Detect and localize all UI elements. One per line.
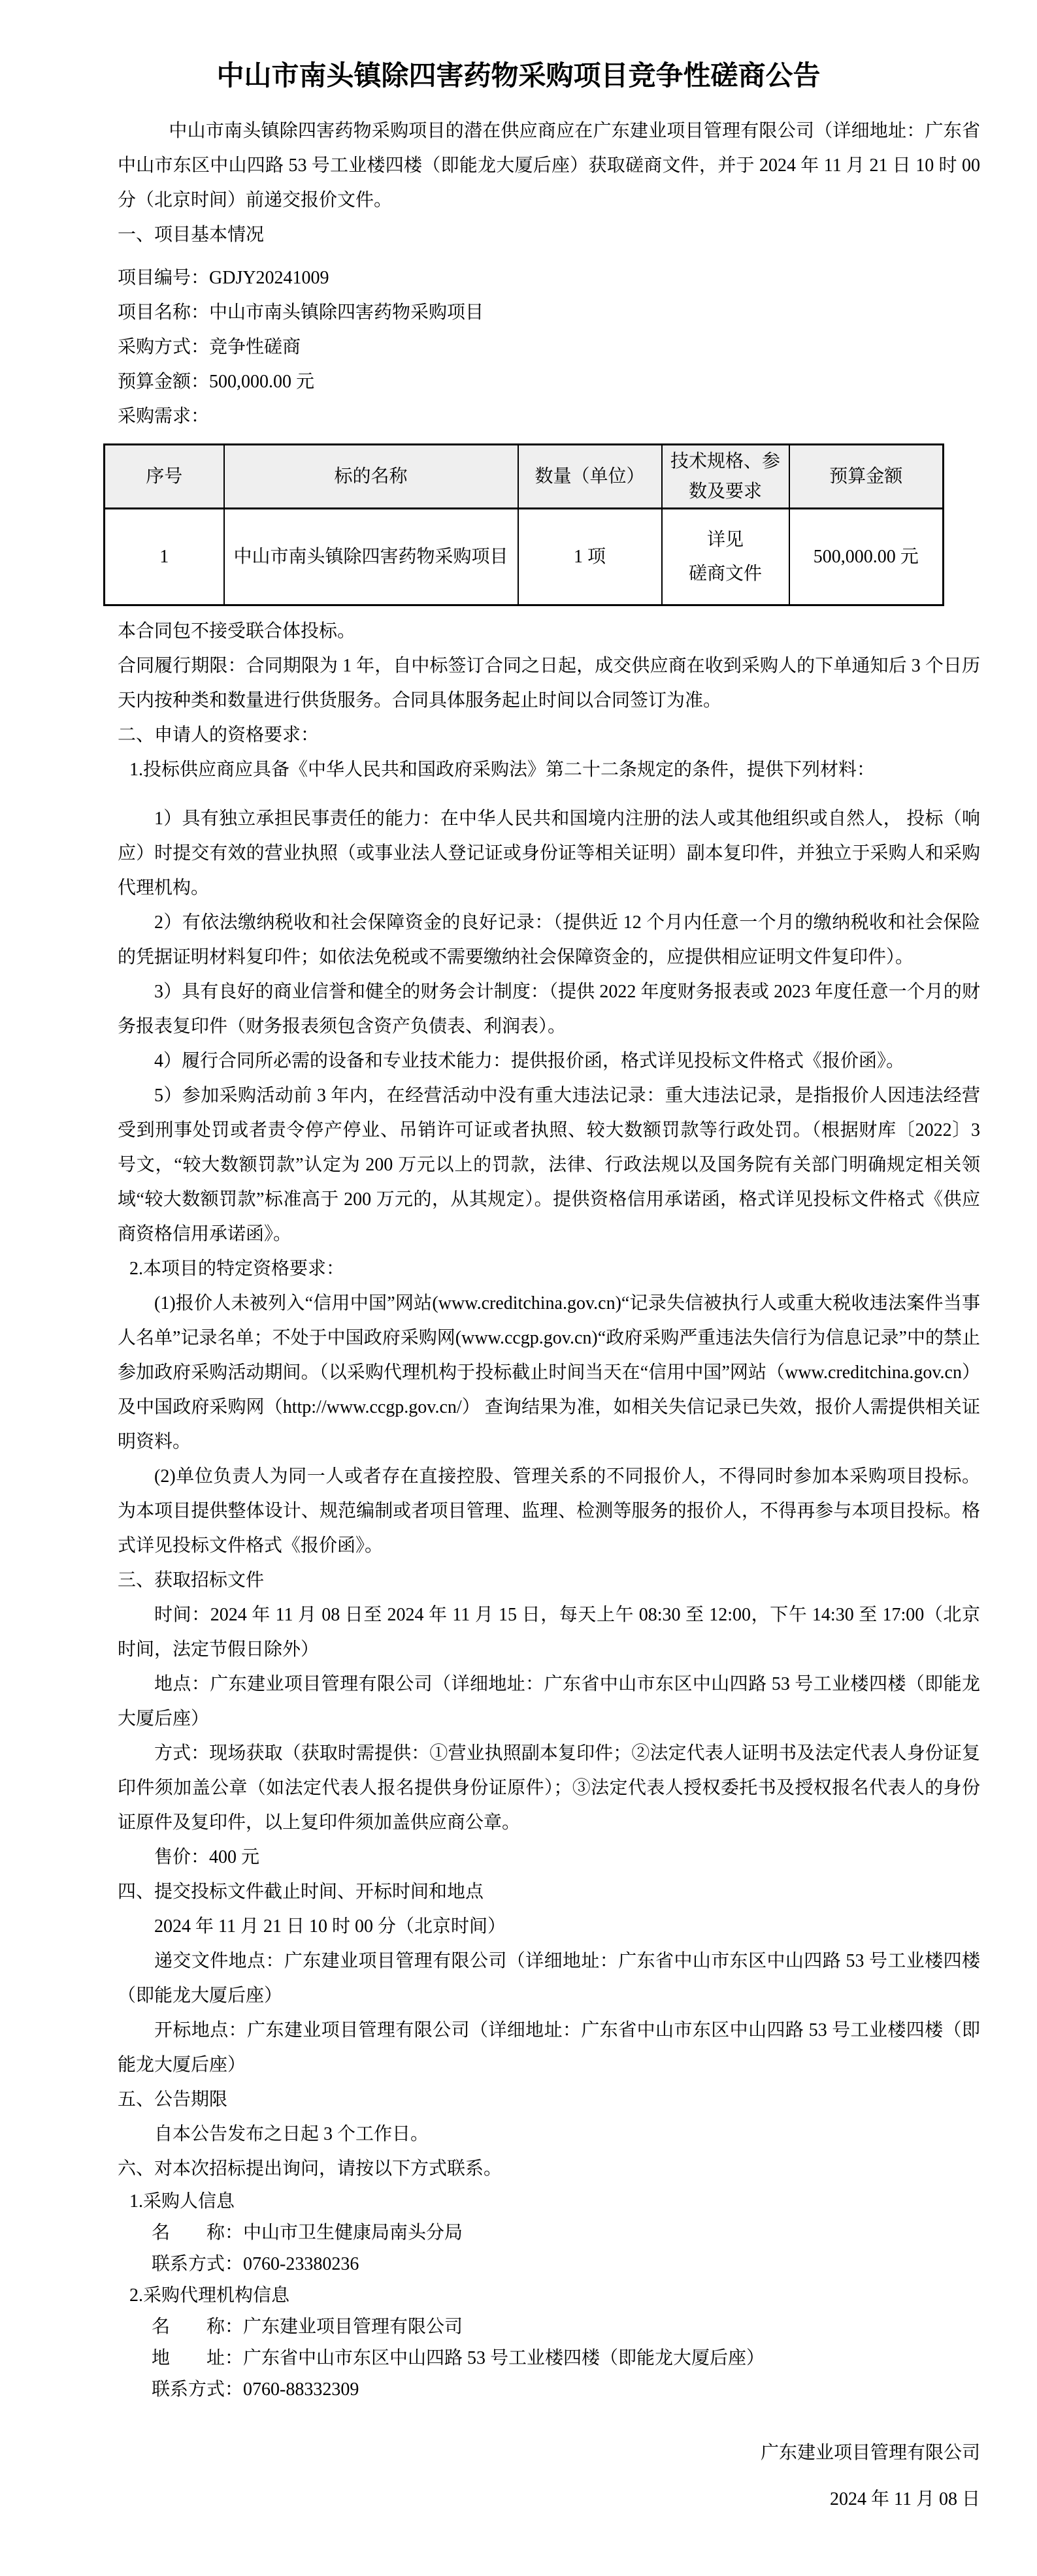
submission-deadline: 2024 年 11 月 21 日 10 时 00 分（北京时间） (118, 1909, 980, 1944)
qualification-specific-intro: 2.本项目的特定资格要求： (129, 1251, 980, 1286)
footer-date: 2024 年 11 月 08 日 (118, 2482, 980, 2517)
no-consortium-note: 本合同包不接受联合体投标。 (118, 614, 980, 649)
submission-place: 递交文件地点：广东建业项目管理有限公司（详细地址：广东省中山市东区中山四路 53… (118, 1944, 980, 2013)
qualification-item-1: 1）具有独立承担民事责任的能力：在中华人民共和国境内注册的法人或其他组织或自然人… (118, 801, 980, 905)
qualification-item-5: 5）参加采购活动前 3 年内，在经营活动中没有重大违法记录：重大违法记录，是指报… (118, 1078, 980, 1251)
agency-address: 地 址：广东省中山市东区中山四路 53 号工业楼四楼（即能龙大厦后座） (152, 2343, 980, 2374)
qualification-general-intro: 1.投标供应商应具备《中华人民共和国政府采购法》第二十二条规定的条件，提供下列材… (129, 752, 980, 787)
section1-heading: 一、项目基本情况 (118, 217, 980, 252)
obtain-price: 售价：400 元 (118, 1840, 980, 1875)
cell-spec-line1: 详见 (669, 523, 782, 557)
table-row: 1 中山市南头镇除四害药物采购项目 1 项 详见 磋商文件 500,000.00… (105, 509, 944, 605)
buyer-info-heading: 1.采购人信息 (129, 2186, 980, 2217)
qualification-item-2: 2）有依法缴纳税收和社会保障资金的良好记录：（提供近 12 个月内任意一个月的缴… (118, 905, 980, 974)
field-budget-amount: 预算金额：500,000.00 元 (118, 364, 980, 399)
section6-heading: 六、对本次招标提出询问，请按以下方式联系。 (118, 2151, 980, 2186)
field-project-no: 项目编号：GDJY20241009 (118, 261, 980, 295)
qualification-item-4: 4）履行合同所必需的设备和专业技术能力：提供报价函，格式详见投标文件格式《报价函… (118, 1044, 980, 1078)
col-header-quantity: 数量（单位） (518, 445, 662, 509)
col-header-subject: 标的名称 (224, 445, 518, 509)
col-header-budget: 预算金额 (789, 445, 944, 509)
cell-budget: 500,000.00 元 (789, 509, 944, 605)
cell-spec: 详见 磋商文件 (662, 509, 789, 605)
page-title: 中山市南头镇除四害药物采购项目竞争性磋商公告 (0, 57, 1037, 95)
bid-opening-place: 开标地点：广东建业项目管理有限公司（详细地址：广东省中山市东区中山四路 53 号… (118, 2013, 980, 2082)
qualification-specific-2: (2)单位负责人为同一人或者存在直接控股、管理关系的不同报价人，不得同时参加本采… (118, 1459, 980, 1563)
qualification-item-3: 3）具有良好的商业信誉和健全的财务会计制度：（提供 2022 年度财务报表或 2… (118, 974, 980, 1044)
buyer-phone: 联系方式：0760-23380236 (152, 2249, 980, 2280)
agency-phone: 联系方式：0760-88332309 (152, 2374, 980, 2406)
table-header-row: 序号 标的名称 数量（单位） 技术规格、参数及要求 预算金额 (105, 445, 944, 509)
obtain-time: 时间：2024 年 11 月 08 日至 2024 年 11 月 15 日，每天… (118, 1598, 980, 1667)
procurement-table: 序号 标的名称 数量（单位） 技术规格、参数及要求 预算金额 1 中山市南头镇除… (103, 443, 944, 606)
field-project-name: 项目名称：中山市南头镇除四害药物采购项目 (118, 295, 980, 330)
col-header-seq: 序号 (105, 445, 224, 509)
cell-subject: 中山市南头镇除四害药物采购项目 (224, 509, 518, 605)
section3-heading: 三、获取招标文件 (118, 1563, 980, 1598)
agency-name: 名 称：广东建业项目管理有限公司 (152, 2311, 980, 2343)
document-page: 中山市南头镇除四害药物采购项目竞争性磋商公告 中山市南头镇除四害药物采购项目的潜… (0, 0, 1037, 2576)
section2-heading: 二、申请人的资格要求： (118, 718, 980, 752)
section4-heading: 四、提交投标文件截止时间、开标时间和地点 (118, 1875, 980, 1909)
contract-term-paragraph: 合同履行期限：合同期限为 1 年，自中标签订合同之日起，成交供应商在收到采购人的… (118, 649, 980, 718)
section5-heading: 五、公告期限 (118, 2082, 980, 2117)
intro-paragraph: 中山市南头镇除四害药物采购项目的潜在供应商应在广东建业项目管理有限公司（详细地址… (118, 114, 980, 217)
contact-info-block: 1.采购人信息 名 称：中山市卫生健康局南头分局 联系方式：0760-23380… (118, 2186, 980, 2406)
cell-quantity: 1 项 (518, 509, 662, 605)
cell-spec-line2: 磋商文件 (669, 557, 782, 591)
buyer-name: 名 称：中山市卫生健康局南头分局 (152, 2217, 980, 2249)
footer-company: 广东建业项目管理有限公司 (118, 2436, 980, 2470)
field-procurement-method: 采购方式：竞争性磋商 (118, 330, 980, 364)
qualification-specific-1: (1)报价人未被列入“信用中国”网站(www.creditchina.gov.c… (118, 1286, 980, 1459)
cell-seq: 1 (105, 509, 224, 605)
agency-info-heading: 2.采购代理机构信息 (129, 2280, 980, 2311)
announcement-period: 自本公告发布之日起 3 个工作日。 (118, 2117, 980, 2151)
obtain-place: 地点：广东建业项目管理有限公司（详细地址：广东省中山市东区中山四路 53 号工业… (118, 1667, 980, 1736)
col-header-spec: 技术规格、参数及要求 (662, 445, 789, 509)
obtain-method: 方式：现场获取（获取时需提供：①营业执照副本复印件；②法定代表人证明书及法定代表… (118, 1736, 980, 1840)
field-demand-label: 采购需求： (118, 399, 980, 434)
